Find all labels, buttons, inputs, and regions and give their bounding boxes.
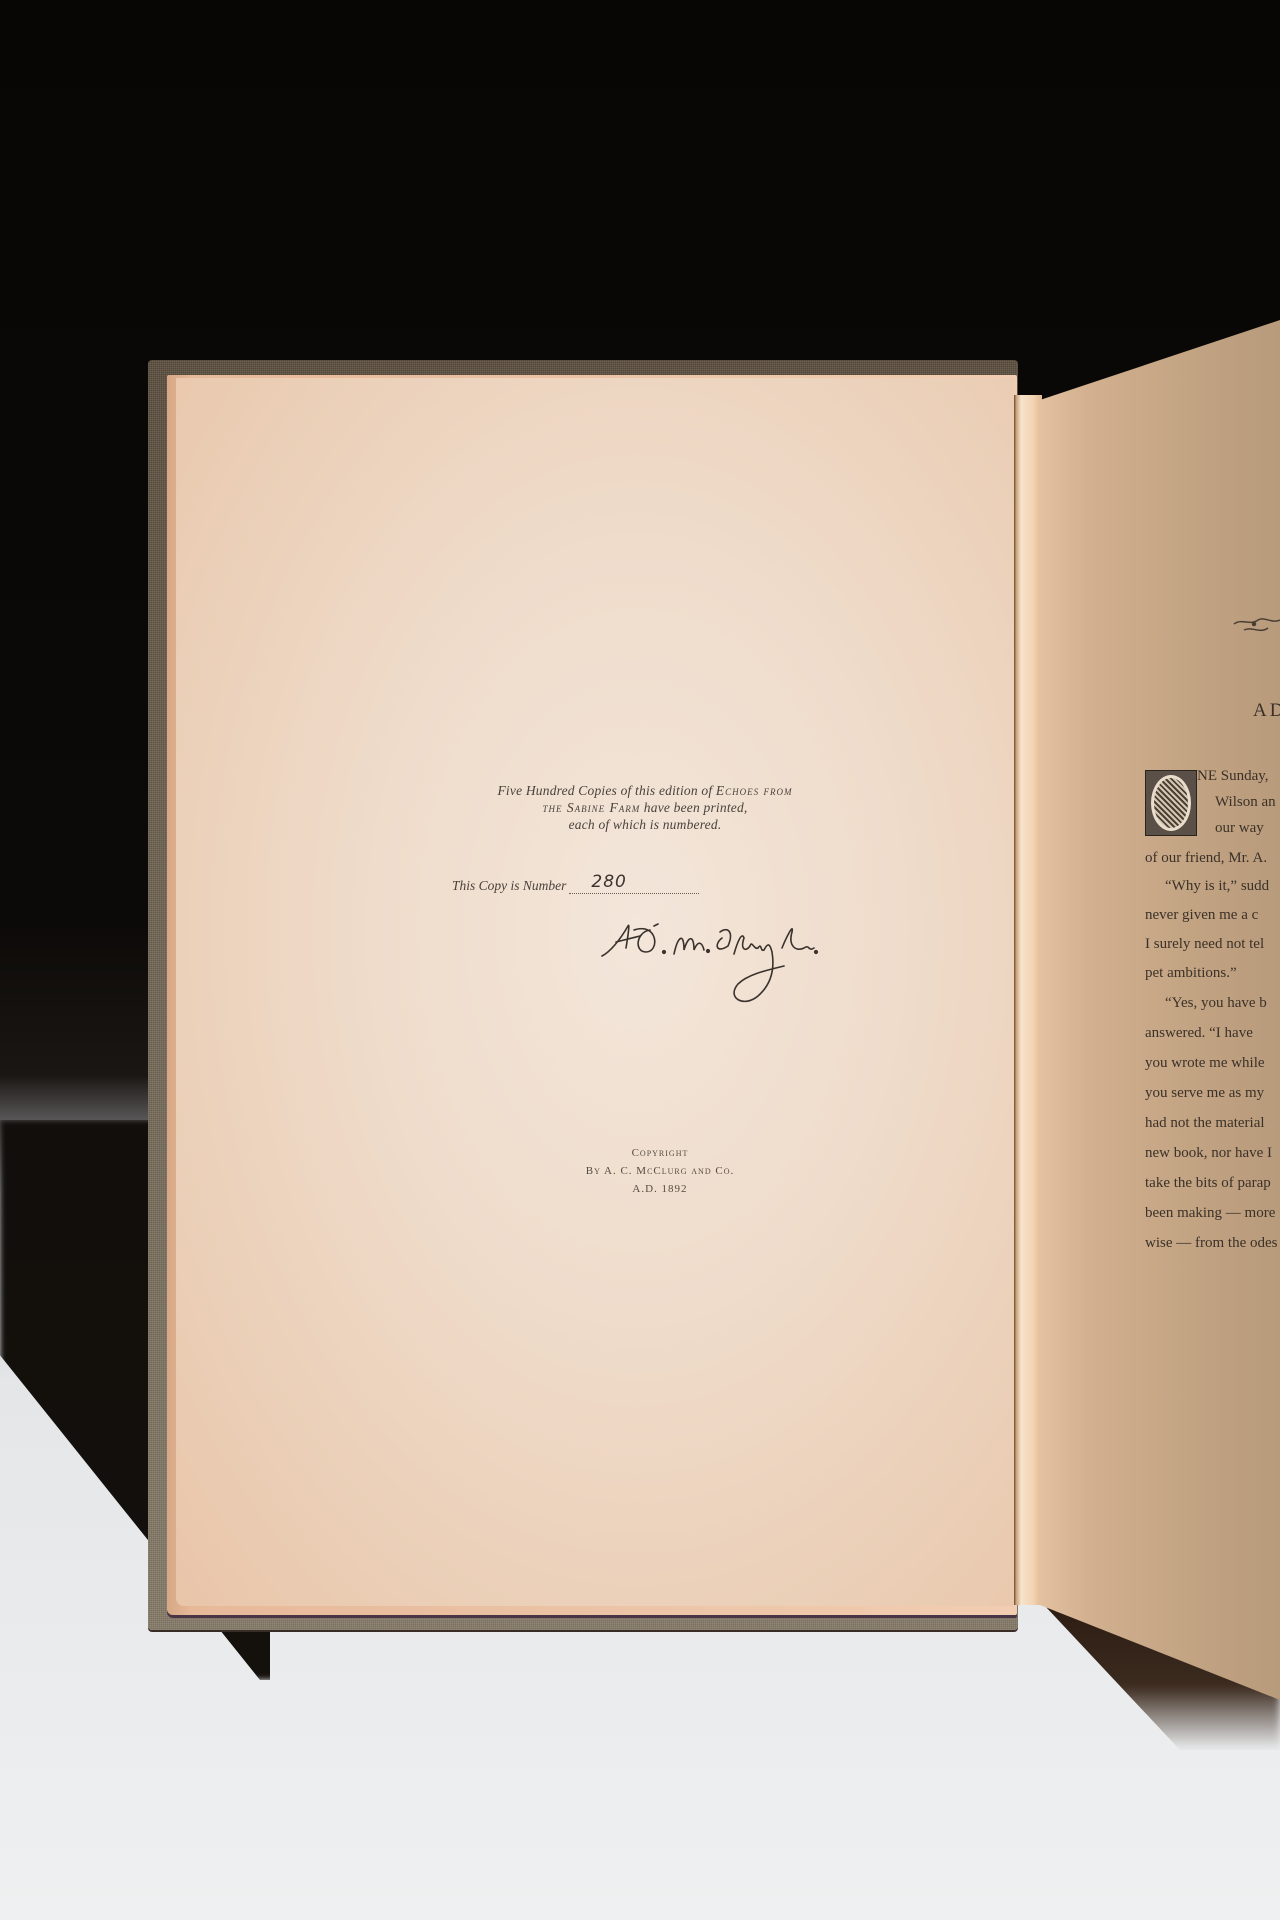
text-line: “Yes, you have b (1165, 995, 1267, 1012)
decorative-ornament-icon (1232, 610, 1280, 640)
limitation-statement: Five Hundred Copies of this edition of E… (420, 782, 870, 833)
text-line: been making — more (1145, 1205, 1275, 1222)
limitation-line-2: the Sabine Farm have been printed, (420, 799, 870, 816)
text-line: had not the material (1145, 1115, 1265, 1132)
text-line: you serve me as my (1145, 1085, 1264, 1102)
copy-number-line: This Copy is Number 280 (452, 878, 699, 894)
chapter-heading-fragment: AD (1253, 700, 1280, 722)
illuminated-drop-cap-icon: O (1145, 770, 1197, 836)
text-line: I surely need not tel (1145, 936, 1264, 953)
text-line: our way (1215, 820, 1264, 837)
book-title-part-2: the Sabine Farm (543, 800, 641, 815)
text-line: NE Sunday, (1197, 768, 1269, 785)
copy-number-field: 280 (569, 879, 699, 894)
limitation-line-1: Five Hundred Copies of this edition of E… (420, 782, 870, 799)
text-line: never given me a c (1145, 907, 1258, 924)
copy-number-handwritten: 280 (591, 872, 626, 892)
text-line: wise — from the odes (1145, 1235, 1277, 1252)
copyright-heading: Copyright (520, 1144, 800, 1162)
copy-number-label: This Copy is Number (452, 878, 566, 894)
right-page-text: AD O NE Sunday, Wilson an our way of our… (1145, 700, 1280, 1300)
handwritten-signature (598, 918, 848, 1018)
copyright-publisher: By A. C. McClurg and Co. (520, 1162, 800, 1180)
copyright-year: A.D. 1892 (520, 1180, 800, 1198)
text-line: Wilson an (1215, 794, 1276, 811)
text-line: new book, nor have I (1145, 1145, 1272, 1162)
limitation-line-3: each of which is numbered. (420, 816, 870, 833)
text-line: of our friend, Mr. A. (1145, 850, 1267, 867)
text-line: pet ambitions.” (1145, 965, 1237, 982)
text-line: answered. “I have (1145, 1025, 1253, 1042)
text-line: you wrote me while (1145, 1055, 1265, 1072)
text-line: take the bits of parap (1145, 1175, 1271, 1192)
copyright-block: Copyright By A. C. McClurg and Co. A.D. … (520, 1144, 800, 1198)
left-page (176, 378, 1014, 1606)
book-gutter (1014, 395, 1042, 1605)
text-line: “Why is it,” sudd (1165, 878, 1269, 895)
book-title-part-1: Echoes from (716, 783, 793, 798)
